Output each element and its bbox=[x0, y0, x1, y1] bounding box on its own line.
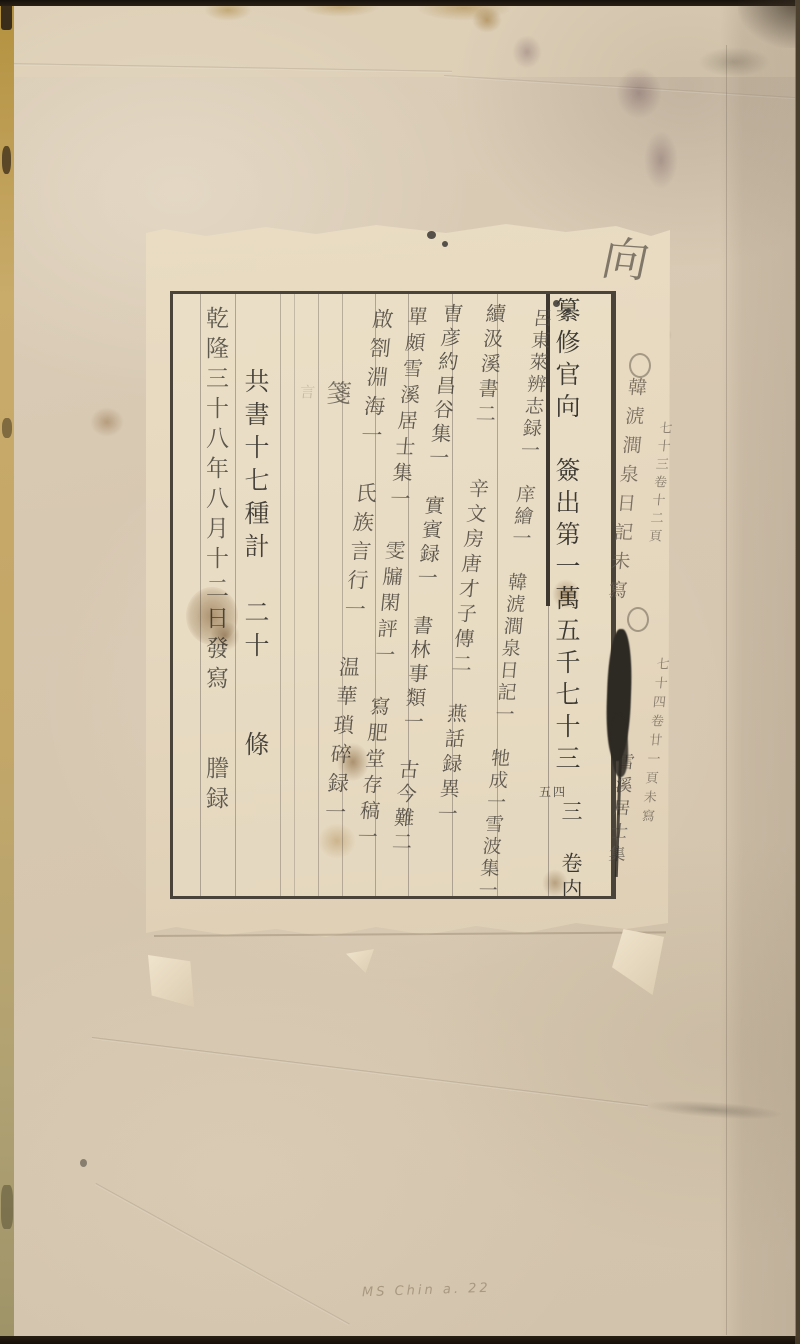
right-margin-shade bbox=[720, 5, 796, 1338]
ink-spot bbox=[80, 1159, 87, 1167]
right-page-edge bbox=[795, 0, 800, 1344]
binding-edge-spot bbox=[2, 418, 12, 438]
torn-flap bbox=[148, 955, 194, 1007]
crease-line bbox=[92, 1037, 648, 1107]
gray-smudge bbox=[698, 47, 770, 77]
mold-stain bbox=[616, 67, 662, 119]
binding-edge-spot bbox=[1, 1185, 13, 1229]
crease-line bbox=[95, 1183, 350, 1325]
mold-stain bbox=[512, 35, 542, 69]
binding-edge bbox=[0, 0, 14, 1344]
label-column-total: 共書十七種計 二十 條 bbox=[243, 368, 268, 764]
faint-scribble: 言 bbox=[298, 384, 314, 399]
annotation-circle bbox=[629, 353, 651, 378]
album-leaf-paper: 纂修官向 簽出第一萬五千七十三 五四 三 卷内 呂東萊辨志録一 庠繪一 韓淲澗泉… bbox=[4, 5, 796, 1338]
reviewer-cipher: 向 bbox=[595, 233, 650, 282]
brown-stain bbox=[210, 621, 240, 651]
pencil-shelfmark: MS Chin a. 22 bbox=[362, 1281, 491, 1300]
variant-numerals-note: 五四 bbox=[539, 786, 567, 798]
annotation-circle bbox=[627, 607, 649, 632]
brown-stain bbox=[552, 579, 580, 609]
brown-stain bbox=[337, 743, 369, 781]
label-column-date: 乾隆三十八年八月十二日發寫 謄録 bbox=[203, 306, 226, 816]
column-rule bbox=[318, 294, 319, 896]
corner-shadow bbox=[738, 0, 800, 48]
printed-label-box: 纂修官向 簽出第一萬五千七十三 五四 三 卷内 呂東萊辨志録一 庠繪一 韓淲澗泉… bbox=[170, 291, 616, 899]
bottom-edge bbox=[0, 1336, 800, 1344]
top-edge bbox=[0, 0, 800, 6]
ink-spot bbox=[442, 241, 448, 247]
label-column-official: 纂修官向 簽出第一萬五千七十三 bbox=[554, 297, 579, 777]
glue-stain bbox=[472, 7, 502, 33]
ink-spot bbox=[566, 308, 571, 313]
column-rule bbox=[235, 294, 236, 896]
brown-stain bbox=[90, 407, 124, 437]
mold-stain bbox=[644, 131, 678, 189]
ink-spot bbox=[553, 300, 560, 307]
ink-spot bbox=[427, 231, 436, 239]
yellow-stain bbox=[318, 823, 356, 859]
column-rule bbox=[294, 294, 295, 896]
faint-brush-mark: 箋 bbox=[324, 380, 351, 405]
torn-flap bbox=[612, 929, 664, 995]
column-rule bbox=[280, 294, 281, 896]
brown-stain bbox=[542, 869, 568, 897]
torn-flap bbox=[346, 949, 374, 973]
manuscript-scan-page: 纂修官向 簽出第一萬五千七十三 五四 三 卷内 呂東萊辨志録一 庠繪一 韓淲澗泉… bbox=[0, 0, 800, 1344]
binding-edge-spot bbox=[2, 146, 11, 174]
